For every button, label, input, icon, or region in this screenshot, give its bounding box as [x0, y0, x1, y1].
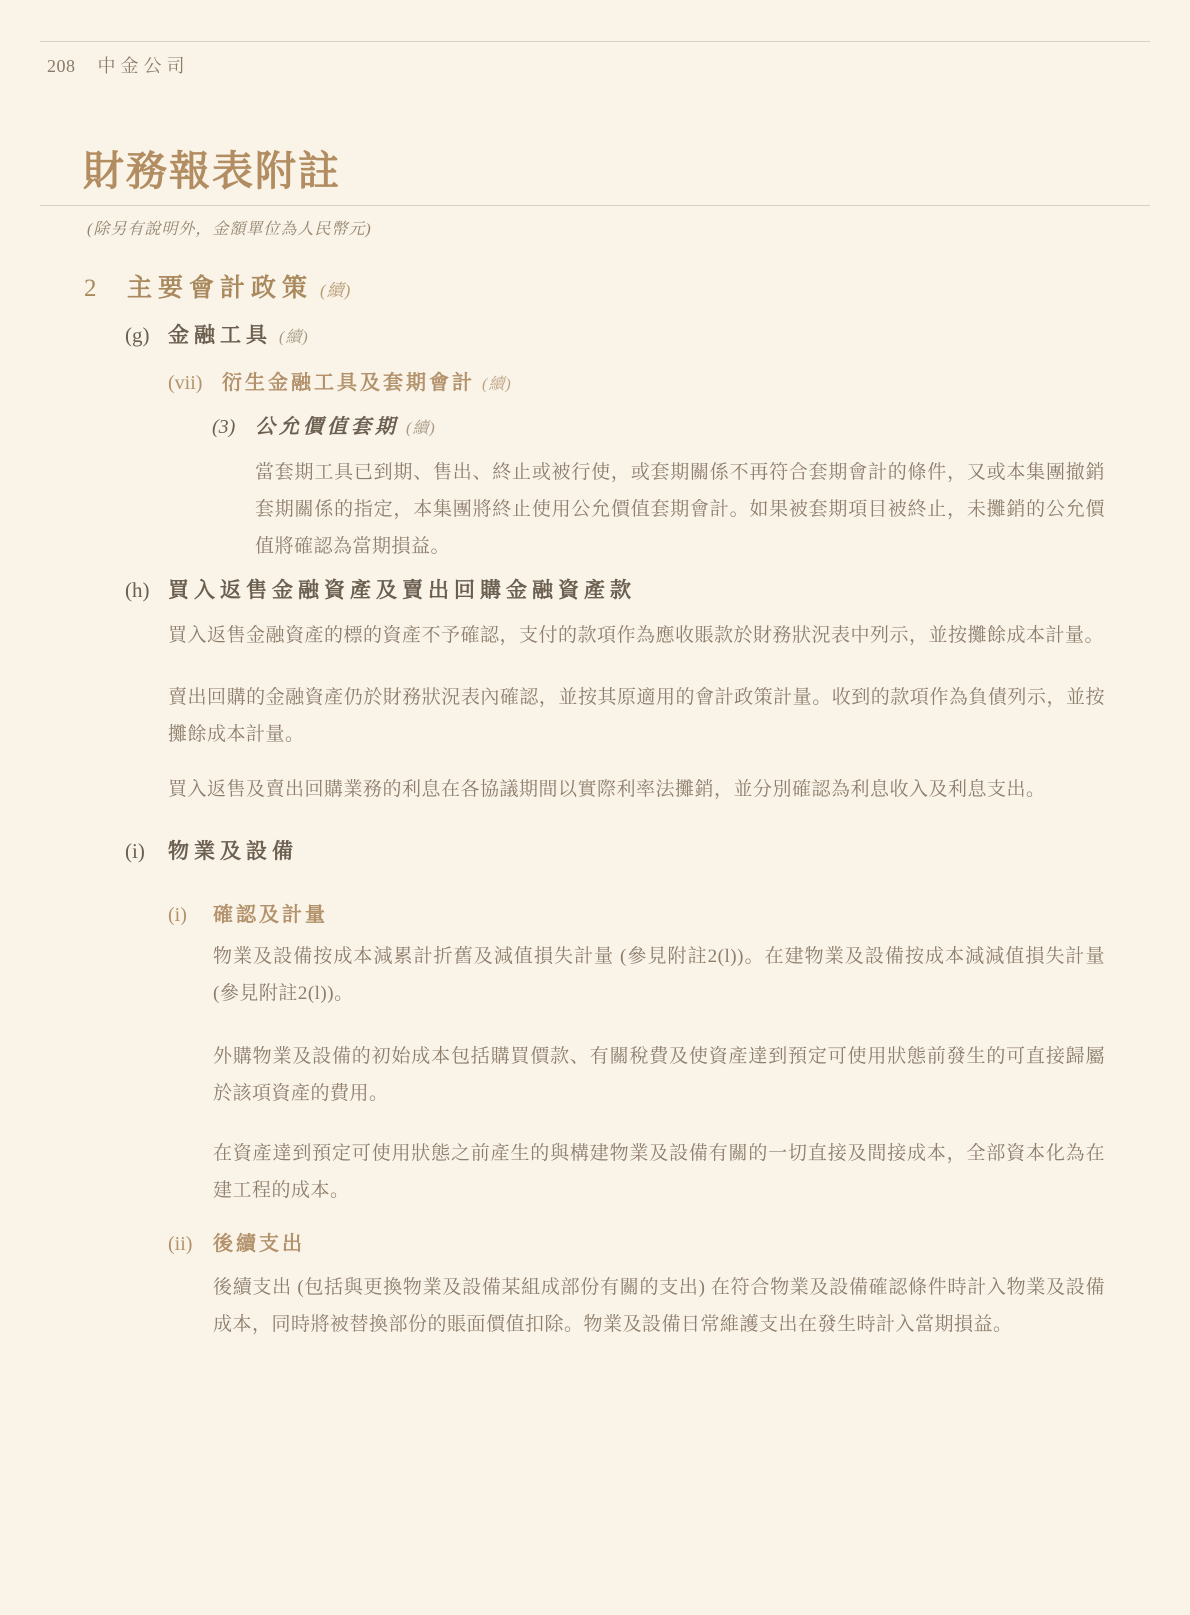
item-3-continued: (續): [406, 420, 436, 437]
title-rule: [40, 205, 1150, 206]
sub-i-paragraph-2: 外購物業及設備的初始成本包括購買價款、有關稅費及使資產達到預定可使用狀態前發生的…: [213, 1038, 1105, 1112]
currency-note: (除另有說明外，金額單位為人民幣元): [87, 216, 372, 239]
sub-ii-label: (ii): [168, 1231, 213, 1257]
page-number: 208: [47, 56, 76, 76]
item-h-paragraph-2: 賣出回購的金融資產仍於財務狀況表內確認，並按其原適用的會計政策計量。收到的款項作…: [168, 679, 1105, 753]
company-name: 中金公司: [98, 56, 190, 76]
item-g-label: (g): [125, 320, 168, 350]
item-i-heading: (i) 物業及設備: [125, 836, 1105, 866]
page-header: 208中金公司: [47, 52, 190, 78]
item-h-heading: (h) 買入返售金融資產及賣出回購金融資產款: [125, 575, 1105, 605]
item-vii-continued: (續): [482, 376, 512, 393]
item-vii-heading: (vii) 衍生金融工具及套期會計(續): [168, 370, 1105, 398]
sub-ii-paragraph-1: 後續支出 (包括與更換物業及設備某組成部份有關的支出) 在符合物業及設備確認條件…: [213, 1269, 1105, 1343]
section-2-number: 2: [84, 272, 127, 306]
item-g-title: 金融工具: [168, 323, 272, 347]
sub-i-title: 確認及計量: [213, 902, 328, 928]
item-vii-label: (vii): [168, 370, 222, 396]
header-rule: [40, 41, 1150, 42]
item-3-label: (3): [212, 412, 255, 442]
item-i-label: (i): [125, 836, 168, 866]
section-2-continued: (續): [320, 281, 351, 300]
item-h-paragraph-3: 買入返售及賣出回購業務的利息在各協議期間以實際利率法攤銷，並分別確認為利息收入及…: [168, 771, 1105, 808]
item-3-heading: (3) 公允價值套期(續): [212, 412, 1105, 444]
sub-i-heading: (i) 確認及計量: [168, 902, 1105, 928]
sub-i-paragraph-3: 在資產達到預定可使用狀態之前產生的與構建物業及設備有關的一切直接及間接成本，全部…: [213, 1135, 1105, 1209]
item-i-title: 物業及設備: [168, 836, 298, 866]
item-3-paragraph: 當套期工具已到期、售出、終止或被行使，或套期關係不再符合套期會計的條件，又或本集…: [255, 454, 1105, 565]
item-h-paragraph-1: 買入返售金融資產的標的資產不予確認，支付的款項作為應收賬款於財務狀況表中列示，並…: [168, 617, 1105, 654]
item-h-label: (h): [125, 575, 168, 605]
report-page: 208中金公司 財務報表附註 (除另有說明外，金額單位為人民幣元) 2 主要會計…: [0, 0, 1190, 1615]
sub-ii-heading: (ii) 後續支出: [168, 1231, 1105, 1257]
item-g-title-wrap: 金融工具(續): [168, 320, 309, 353]
section-2-title: 主要會計政策: [127, 275, 313, 302]
section-2-title-wrap: 主要會計政策(續): [127, 272, 351, 308]
item-g-heading: (g) 金融工具(續): [125, 320, 1105, 353]
sub-i-paragraph-1: 物業及設備按成本減累計折舊及減值損失計量 (參見附註2(l))。在建物業及設備按…: [213, 938, 1105, 1012]
sub-ii-title: 後續支出: [213, 1231, 305, 1257]
item-3-title-wrap: 公允價值套期(續): [255, 412, 436, 444]
sub-i-label: (i): [168, 902, 213, 928]
item-g-continued: (續): [279, 329, 309, 346]
notes-content: 2 主要會計政策(續) (g) 金融工具(續) (vii) 衍生金融工具及套期會…: [84, 272, 1105, 1343]
item-h-title: 買入返售金融資產及賣出回購金融資產款: [168, 575, 636, 605]
item-vii-title: 衍生金融工具及套期會計: [222, 372, 475, 394]
item-vii-title-wrap: 衍生金融工具及套期會計(續): [222, 370, 512, 398]
item-3-title: 公允價值套期: [255, 416, 399, 438]
section-2-heading: 2 主要會計政策(續): [84, 272, 1105, 308]
document-title: 財務報表附註: [83, 138, 341, 197]
